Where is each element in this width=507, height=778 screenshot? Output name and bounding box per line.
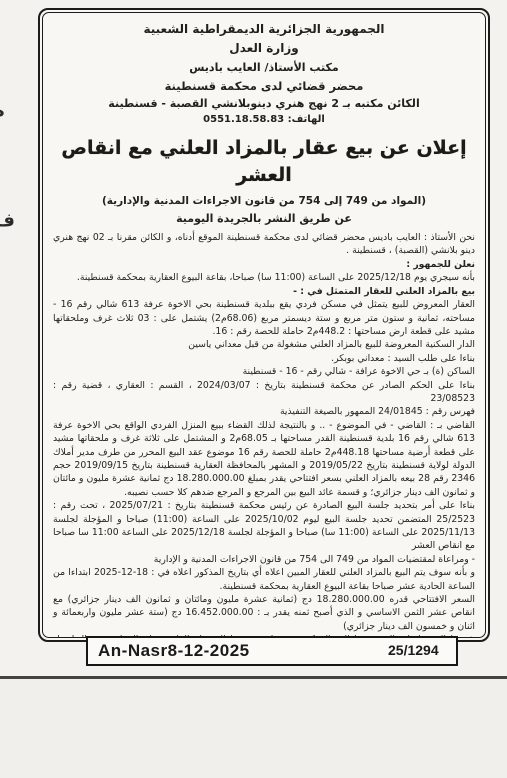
notice-legal-articles: (المواد من 749 إلى 754 من قانون الاجراءا… [53,194,475,209]
republic-line: الجمهورية الجزائرية الديمقراطية الشعبية [53,21,475,38]
notice-frame-inner: الجمهورية الجزائرية الديمقراطية الشعبية … [42,12,486,638]
address-line: الكائن مكتبه بـ 2 نهج هنري دينوبلانشي ال… [53,96,475,112]
publication-strip: An-Nasr8-12-2025 25/1294 [86,636,458,666]
body-paragraph: نحن الأستاذ : العايب باديس محضر قضائي لد… [53,231,475,258]
publication-name-date: An-Nasr8-12-2025 [98,641,250,661]
body-paragraph: بناءا على الحكم الصادر عن محكمة قسنطينة … [53,379,475,406]
publication-ref-number: 25/1294 [388,642,439,658]
body-paragraph: الدار السكنية المعروضة للبيع بالمزاد الع… [53,338,475,351]
body-paragraph: بناءا على طلب السيد : معداني بوبكر. [53,352,475,365]
notice-header: الجمهورية الجزائرية الديمقراطية الشعبية … [53,21,475,227]
margin-artifact-glyph: ف [0,210,15,231]
body-paragraph: فهرس رقم : 24/01845 الممهور بالصيغة التن… [53,405,475,418]
bottom-divider-rule [0,676,507,679]
margin-artifact-glyph: ه [0,100,5,121]
notice-frame: الجمهورية الجزائرية الديمقراطية الشعبية … [38,8,490,642]
notice-publish-method: عن طريق النشر بالجريدة اليومية [53,211,475,227]
ministry-line: وزارة العدل [53,40,475,57]
body-paragraph: السعر الافتتاحي قدره 18.280.000.00 دج (ث… [53,593,475,633]
body-paragraph: و بأنه سوف يتم البيع بالمزاد العلني للعق… [53,566,475,593]
blank-lower-margin [0,679,507,778]
body-paragraph: بيع بالمزاد العلني للعقار المتمثل في : - [53,285,475,298]
body-paragraph: الساكن (ة) بـ حي الاخوة عرافة - شالي رقم… [53,365,475,378]
notice-body: نحن الأستاذ : العايب باديس محضر قضائي لد… [53,231,475,638]
phone-line: الهاتف: 0551.18.58.83 [53,113,475,128]
office-line: مكتب الأستاذ/ العايب باديس [53,60,475,76]
body-paragraph: نعلن للجمهور : [53,258,475,271]
notice-title: إعلان عن بيع عقار بالمزاد العلني مع انقا… [53,135,475,190]
body-paragraph: بناءا على أمر بتحديد جلسة البيع الصادرة … [53,499,475,553]
body-paragraph: القاضي بـ : القاضي - في الموضوع - .. و ب… [53,419,475,499]
body-paragraph: بأنه سيجري يوم 2025/12/18 على الساعة (11… [53,271,475,284]
bailiff-line: محضر قضائي لدى محكمة قسنطينة [53,78,475,95]
body-paragraph: - ومراعاة لمقتضيات المواد من 749 الى 754… [53,553,475,566]
body-paragraph: العقار المعروض للبيع يتمثل في مسكن فردي … [53,298,475,338]
